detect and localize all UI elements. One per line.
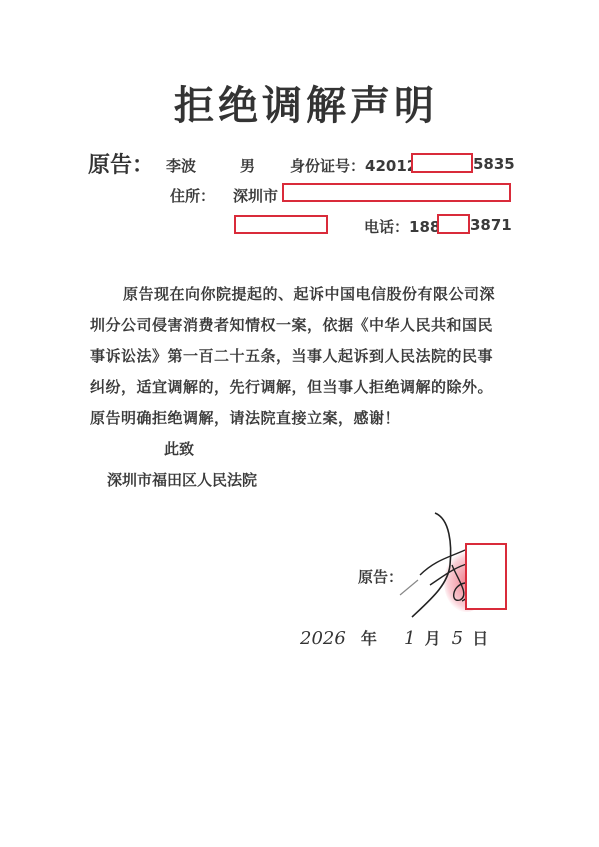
id-number: 身份证号：420122 [290, 155, 428, 176]
plaintiff-name: 李波 [166, 155, 196, 176]
day-char: 日 [472, 629, 488, 648]
signature-redaction-box [465, 543, 507, 610]
phone-redaction-box [437, 214, 470, 234]
body-line-5: 原告明确拒绝调解，请法院直接立案，感谢！ [90, 407, 400, 428]
recipient-court: 深圳市福田区人民法院 [107, 469, 257, 490]
salutation: 此致 [164, 438, 194, 459]
signature-date: 2026 年 1 月 5 日 [300, 626, 488, 649]
id-label: 身份证号： [290, 157, 365, 175]
id-redaction-box [411, 153, 473, 173]
date-day: 5 [452, 628, 463, 649]
phone-suffix: 3871 [470, 216, 512, 234]
body-line-4: 纠纷，适宜调解的，先行调解，但当事人拒绝调解的除外。 [90, 376, 493, 397]
body-line-3: 事诉讼法》第一百二十五条，当事人起诉到人民法院的民事 [90, 345, 493, 366]
id-suffix: 5835 [473, 155, 515, 173]
signature-label: 原告： [358, 566, 403, 587]
address-redaction-box-2 [234, 215, 328, 234]
address-redaction-box [282, 183, 511, 202]
body-line-2: 圳分公司侵害消费者知情权一案，依据《中华人民共和国民 [90, 314, 493, 335]
phone-label: 电话： [364, 218, 409, 236]
phone-prefix: 188 [409, 218, 440, 236]
body-line-1: 原告现在向你院提起的、起诉中国电信股份有限公司深 [123, 283, 495, 304]
address-prefix: 深圳市 [233, 185, 278, 206]
plaintiff-label: 原告： [88, 148, 154, 179]
date-year: 2026 [300, 628, 346, 649]
year-char: 年 [361, 629, 377, 648]
month-char: 月 [425, 629, 441, 648]
document-title: 拒绝调解声明 [174, 74, 438, 131]
plaintiff-gender: 男 [240, 155, 255, 176]
date-month: 1 [404, 628, 415, 649]
phone: 电话：188 [364, 216, 440, 237]
address-label: 住所： [170, 185, 215, 206]
